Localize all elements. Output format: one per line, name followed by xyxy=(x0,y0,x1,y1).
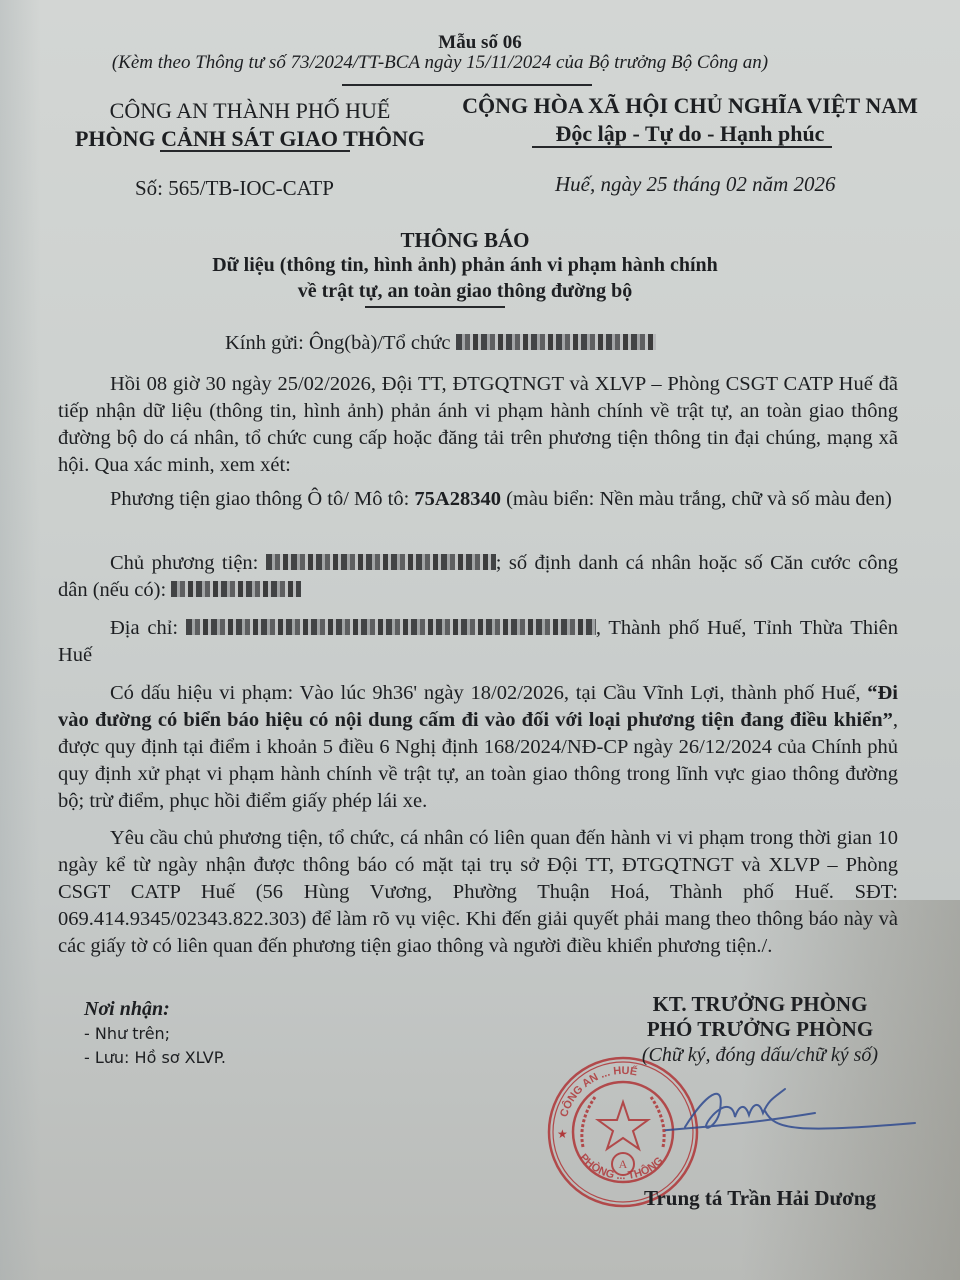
signer-name: Trung tá Trần Hải Dương xyxy=(560,1186,960,1211)
agency-department: PHÒNG CẢNH SÁT GIAO THÔNG xyxy=(40,125,460,153)
nation-name: CỘNG HÒA XÃ HỘI CHỦ NGHĨA VIỆT NAM xyxy=(430,92,950,120)
motto-underline xyxy=(532,146,832,148)
address-street-redacted xyxy=(186,619,596,635)
paper-shadow-left xyxy=(0,0,40,1280)
form-number: Mẫu số 06 xyxy=(0,32,960,54)
violation-intro: Có dấu hiệu vi phạm: Vào lúc 9h36' ngày … xyxy=(110,682,867,704)
document-subtitle-line1: Dữ liệu (thông tin, hình ảnh) phản ánh v… xyxy=(0,254,930,277)
agency-underline xyxy=(160,150,350,152)
id-number-redacted xyxy=(171,581,301,597)
violation-paragraph: Có dấu hiệu vi phạm: Vào lúc 9h36' ngày … xyxy=(58,680,898,815)
recipients-heading: Nơi nhận: xyxy=(84,998,170,1021)
vehicle-label: Phương tiện giao thông Ô tô/ Mô tô: xyxy=(110,488,414,510)
request-text: Yêu cầu chủ phương tiện, tổ chức, cá nhâ… xyxy=(58,827,898,957)
intro-text: Hồi 08 giờ 30 ngày 25/02/2026, Đội TT, Đ… xyxy=(58,373,898,476)
document-date: Huế, ngày 25 tháng 02 năm 2026 xyxy=(555,172,836,197)
svg-text:A: A xyxy=(619,1157,628,1171)
svg-text:★: ★ xyxy=(557,1127,568,1141)
owner-label: Chủ phương tiện: xyxy=(110,552,266,574)
intro-paragraph: Hồi 08 giờ 30 ngày 25/02/2026, Đội TT, Đ… xyxy=(58,371,898,479)
address-paragraph: Địa chỉ: , Thành phố Huế, Tỉnh Thừa Thiê… xyxy=(58,615,898,669)
document-subtitle-line2: về trật tự, an toàn giao thông đường bộ xyxy=(0,280,930,303)
signature-note: (Chữ ký, đóng dấu/chữ ký số) xyxy=(560,1044,960,1067)
address-label: Địa chỉ: xyxy=(110,617,186,639)
document-number: Số: 565/TB-IOC-CATP xyxy=(135,176,334,201)
document-title: THÔNG BÁO xyxy=(0,228,930,253)
recipient-item: - Như trên; xyxy=(84,1024,170,1043)
signature-title-line2: PHÓ TRƯỞNG PHÒNG xyxy=(560,1017,960,1042)
addressee-name-redacted xyxy=(456,334,656,350)
addressee: Kính gửi: Ông(bà)/Tổ chức xyxy=(225,330,656,357)
vehicle-paragraph: Phương tiện giao thông Ô tô/ Mô tô: 75A2… xyxy=(58,486,898,513)
addressee-label: Kính gửi: Ông(bà)/Tổ chức xyxy=(225,332,450,354)
agency-parent: CÔNG AN THÀNH PHỐ HUẾ xyxy=(40,97,460,125)
title-underline xyxy=(365,306,505,308)
owner-paragraph: Chủ phương tiện: ; số định danh cá nhân … xyxy=(58,550,898,604)
license-plate: 75A28340 xyxy=(414,488,501,510)
national-header: CỘNG HÒA XÃ HỘI CHỦ NGHĨA VIỆT NAM Độc l… xyxy=(430,92,950,148)
signature-title-line1: KT. TRƯỞNG PHÒNG xyxy=(560,992,960,1017)
recipient-item: - Lưu: Hồ sơ XLVP. xyxy=(84,1048,226,1067)
issuing-agency: CÔNG AN THÀNH PHỐ HUẾ PHÒNG CẢNH SÁT GIA… xyxy=(40,97,460,153)
form-note: (Kèm theo Thông tư số 73/2024/TT-BCA ngà… xyxy=(0,52,880,74)
handwritten-signature-icon xyxy=(665,1075,935,1145)
owner-name-redacted xyxy=(266,554,496,570)
request-paragraph: Yêu cầu chủ phương tiện, tổ chức, cá nhâ… xyxy=(58,825,898,960)
nation-motto: Độc lập - Tự do - Hạnh phúc xyxy=(430,120,950,148)
plate-color: (màu biển: Nền màu trắng, chữ và số màu … xyxy=(501,488,892,510)
form-divider xyxy=(342,84,592,86)
